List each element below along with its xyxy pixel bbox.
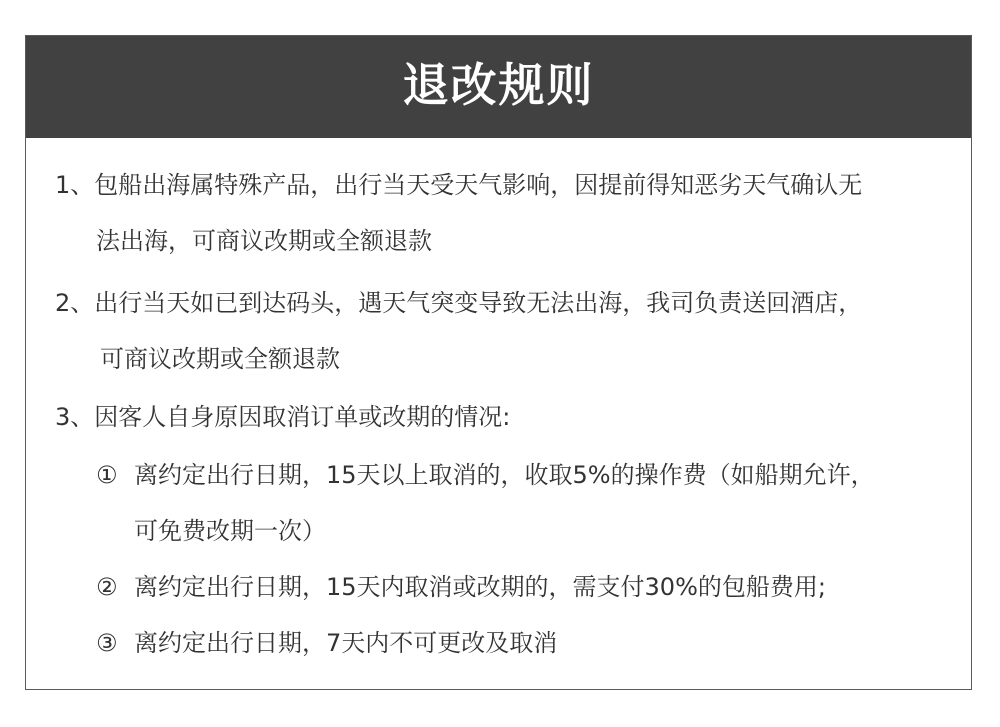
rule-1-text: 包船出海属特殊产品，出行当天受天气影响，因提前得知恶劣天气确认无 xyxy=(94,171,862,199)
rule-2-number: 2、 xyxy=(55,288,94,318)
rule-2-line-2: 可商议改期或全额退款 xyxy=(100,344,340,374)
rule-3-sub-3-line-1: ③离约定出行日期，7天内不可更改及取消 xyxy=(96,628,557,658)
rule-3-line-1: 3、因客人自身原因取消订单或改期的情况: xyxy=(55,402,510,432)
rule-3-sub-2-line-1: ②离约定出行日期，15天内取消或改期的，需支付30%的包船费用; xyxy=(96,572,826,602)
rule-3-sub-1-text: 离约定出行日期，15天以上取消的，收取5%的操作费（如船期允许， xyxy=(134,461,875,489)
circled-three-marker: ③ xyxy=(96,628,134,658)
rule-2-text: 出行当天如已到达码头，遇天气突变导致无法出海，我司负责送回酒店， xyxy=(94,289,862,317)
circled-one-marker: ① xyxy=(96,460,134,490)
header-banner: 退改规则 xyxy=(26,36,971,138)
refund-rules-card: 退改规则 1、包船出海属特殊产品，出行当天受天气影响，因提前得知恶劣天气确认无 … xyxy=(25,35,972,690)
rule-2-line-1: 2、出行当天如已到达码头，遇天气突变导致无法出海，我司负责送回酒店， xyxy=(55,288,862,318)
rule-3-sub-1-line-1: ①离约定出行日期，15天以上取消的，收取5%的操作费（如船期允许， xyxy=(96,460,875,490)
page-title: 退改规则 xyxy=(403,62,595,108)
rule-3-number: 3、 xyxy=(55,402,94,432)
rule-3-sub-3-text: 离约定出行日期，7天内不可更改及取消 xyxy=(134,629,557,657)
rule-3-sub-1-line-2: 可免费改期一次） xyxy=(134,516,326,546)
rule-1-line-2: 法出海，可商议改期或全额退款 xyxy=(96,226,432,256)
rule-1-line-1: 1、包船出海属特殊产品，出行当天受天气影响，因提前得知恶劣天气确认无 xyxy=(55,170,862,200)
rule-1-number: 1、 xyxy=(55,170,94,200)
circled-two-marker: ② xyxy=(96,572,134,602)
rule-3-text: 因客人自身原因取消订单或改期的情况: xyxy=(94,403,510,431)
rule-3-sub-2-text: 离约定出行日期，15天内取消或改期的，需支付30%的包船费用; xyxy=(134,573,826,601)
